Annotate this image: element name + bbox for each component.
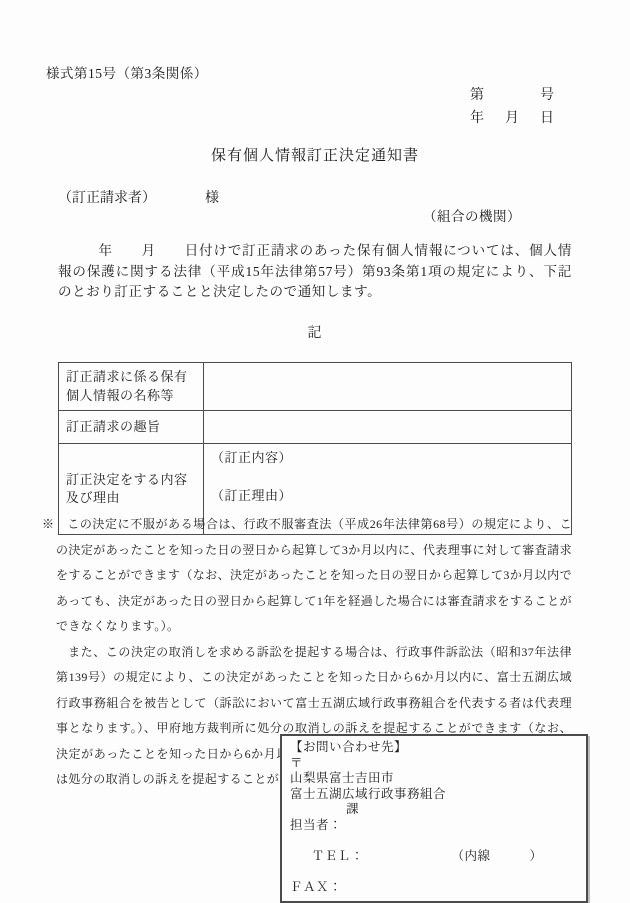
contact-fax-label: ＦＡＸ： bbox=[290, 880, 578, 896]
contact-tel-line: ＴＥＬ：（内線 ） bbox=[290, 834, 578, 881]
ki-heading: 記 bbox=[0, 322, 630, 342]
contact-address: 山梨県富士吉田市 bbox=[290, 771, 578, 787]
form-number: 様式第15号（第3条関係） bbox=[46, 62, 208, 82]
date-month: 月 bbox=[505, 107, 519, 127]
addressee-honorific: 様 bbox=[205, 191, 219, 206]
contact-postal-mark: 〒 bbox=[290, 756, 578, 772]
contact-box: 【お問い合わせ先】 〒 山梨県富士吉田市 富士五湖広域行政事務組合 課 担当者：… bbox=[280, 734, 588, 903]
doc-number-suffix: 号 bbox=[540, 84, 554, 104]
issuer-line: （組合の機関） bbox=[423, 205, 521, 225]
doc-number-prefix: 第 bbox=[470, 84, 484, 104]
addressee-label: （訂正請求者） bbox=[58, 191, 156, 206]
date-line: 年 月 日 bbox=[470, 107, 554, 127]
contact-extension: （内線 ） bbox=[458, 849, 543, 863]
table-row: 訂正請求の趣旨 bbox=[59, 411, 572, 444]
document-page: 様式第15号（第3条関係） 第 号 年 月 日 保有個人情報訂正決定通知書 （訂… bbox=[0, 0, 630, 903]
row-label-name-of-information: 訂正請求に係る保有個人情報の名称等 bbox=[59, 363, 204, 411]
date-year: 年 bbox=[470, 107, 484, 127]
intro-paragraph: 年 月 日付けで訂正請求のあった保有個人情報については、個人情報の保護に関する法… bbox=[58, 241, 572, 303]
doc-number-line: 第 号 bbox=[470, 84, 554, 104]
contact-tel-label: ＴＥＬ： bbox=[312, 849, 364, 863]
row-value-name-of-information bbox=[204, 363, 572, 411]
date-day: 日 bbox=[540, 107, 554, 127]
row-value-purpose-of-request bbox=[204, 411, 572, 444]
note-paragraph-appeal: ※ この決定に不服がある場合は、行政不服審査法（平成26年法律第68号）の規定に… bbox=[42, 512, 572, 640]
correction-table: 訂正請求に係る保有個人情報の名称等 訂正請求の趣旨 訂正決定をする内容及び理由 … bbox=[58, 362, 572, 535]
contact-organization: 富士五湖広域行政事務組合 bbox=[290, 787, 578, 803]
contact-department: 課 bbox=[290, 802, 578, 818]
contact-heading: 【お問い合わせ先】 bbox=[290, 740, 578, 756]
document-title: 保有個人情報訂正決定通知書 bbox=[0, 144, 630, 165]
addressee-line: （訂正請求者）様 bbox=[58, 187, 219, 207]
table-row: 訂正請求に係る保有個人情報の名称等 bbox=[59, 363, 572, 411]
contact-staff-label: 担当者： bbox=[290, 818, 578, 834]
row-label-purpose-of-request: 訂正請求の趣旨 bbox=[59, 411, 204, 444]
